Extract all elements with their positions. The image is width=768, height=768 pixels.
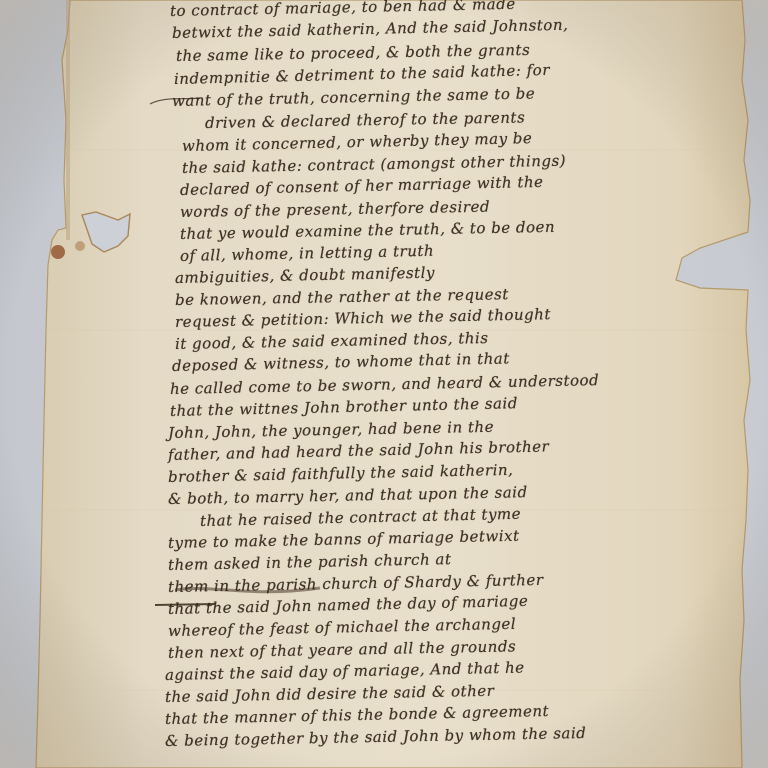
manuscript-leaf (0, 0, 768, 768)
photo-scene: to contract of mariage, to ben had & mad… (0, 0, 768, 768)
